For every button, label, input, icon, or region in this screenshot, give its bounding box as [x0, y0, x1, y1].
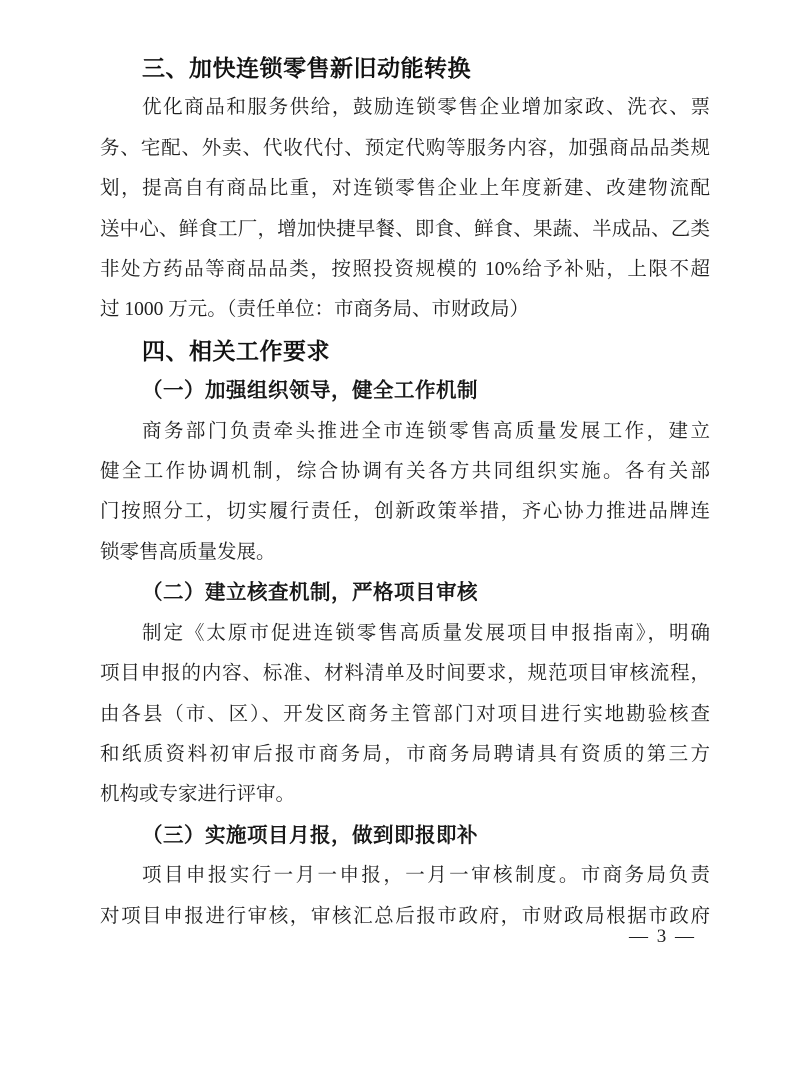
paragraph-line: 和纸质资料初审后报市商务局，市商务局聘请具有资质的第三方 [100, 735, 710, 775]
section-heading-3: 三、加快连锁零售新旧动能转换 [100, 48, 710, 88]
page-number: — 3 — [629, 926, 696, 948]
paragraph-line: 非处方药品等商品品类，按照投资规模的 10%给予补贴，上限不超 [100, 250, 710, 290]
paragraph-line: 过 1000 万元。（责任单位：市商务局、市财政局） [100, 290, 710, 330]
paragraph-line: 项目申报的内容、标准、材料清单及时间要求，规范项目审核流程， [100, 654, 710, 694]
paragraph-line: 机构或专家进行评审。 [100, 775, 710, 815]
paragraph-line: 锁零售高质量发展。 [100, 533, 710, 573]
subsection-heading-3: （三）实施项目月报，做到即报即补 [100, 816, 710, 856]
paragraph-line: 制定《太原市促进连锁零售高质量发展项目申报指南》，明确 [100, 614, 710, 654]
paragraph-line: 健全工作协调机制，综合协调有关各方共同组织实施。各有关部 [100, 452, 710, 492]
subsection-heading-1: （一）加强组织领导，健全工作机制 [100, 371, 710, 411]
paragraph-line: 项目申报实行一月一申报，一月一审核制度。市商务局负责 [100, 856, 710, 896]
subsection-heading-2: （二）建立核查机制，严格项目审核 [100, 573, 710, 613]
paragraph-line: 门按照分工，切实履行责任，创新政策举措，齐心协力推进品牌连 [100, 492, 710, 532]
paragraph-line: 由各县（市、区）、开发区商务主管部门对项目进行实地勘验核查 [100, 695, 710, 735]
paragraph-line: 对项目申报进行审核，审核汇总后报市政府，市财政局根据市政府 [100, 897, 710, 937]
paragraph-line: 送中心、鲜食工厂，增加快捷早餐、即食、鲜食、果蔬、半成品、乙类 [100, 210, 710, 250]
paragraph-line: 优化商品和服务供给，鼓励连锁零售企业增加家政、洗衣、票 [100, 88, 710, 128]
section-heading-4: 四、相关工作要求 [100, 331, 710, 371]
paragraph-line: 商务部门负责牵头推进全市连锁零售高质量发展工作，建立 [100, 412, 710, 452]
paragraph-line: 划，提高自有商品比重，对连锁零售企业上年度新建、改建物流配 [100, 169, 710, 209]
paragraph-line: 务、宅配、外卖、代收代付、预定代购等服务内容，加强商品品类规 [100, 129, 710, 169]
document-content: 三、加快连锁零售新旧动能转换 优化商品和服务供给，鼓励连锁零售企业增加家政、洗衣… [0, 0, 802, 937]
document-page: 三、加快连锁零售新旧动能转换 优化商品和服务供给，鼓励连锁零售企业增加家政、洗衣… [0, 0, 802, 1084]
